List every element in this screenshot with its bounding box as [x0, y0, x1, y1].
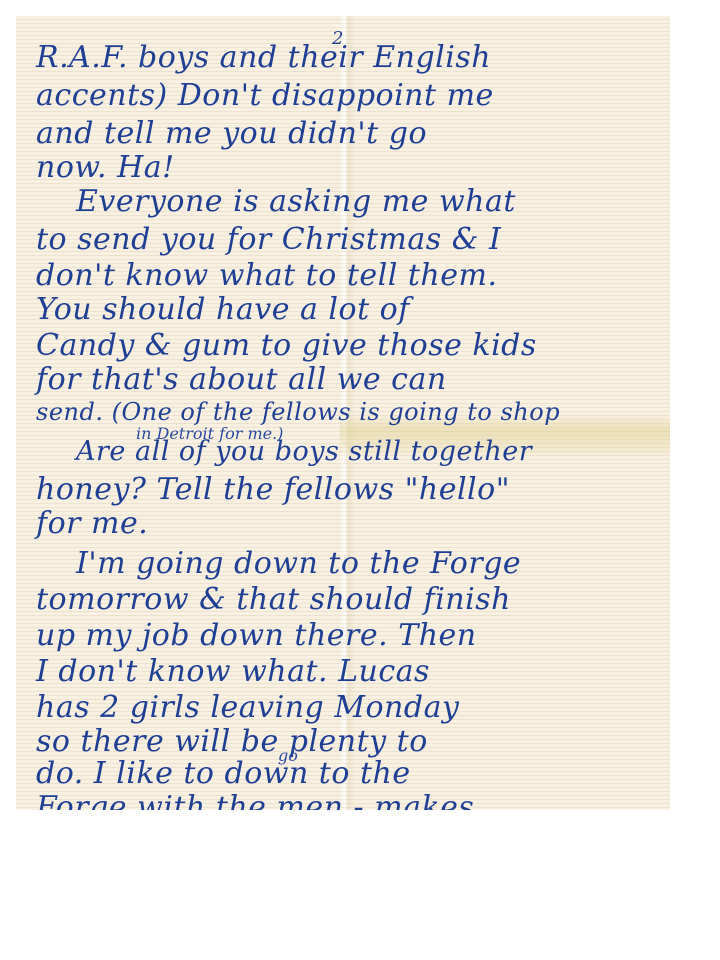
letter-line: honey? Tell the fellows "hello" [36, 472, 510, 507]
letter-line: Candy & gum to give those kids [36, 328, 537, 363]
letter-line: You should have a lot of [36, 292, 410, 327]
letter-line: to send you for Christmas & I [36, 222, 501, 257]
letter-line: up my job down there. Then [36, 618, 477, 653]
letter-line: send. (One of the fellows is going to sh… [36, 398, 560, 426]
letter-line: for me. [36, 506, 148, 541]
letter-line: do. I like to down to the [36, 756, 411, 791]
letter-line: has 2 girls leaving Monday [36, 690, 459, 725]
letter-line: accents) Don't disappoint me [36, 78, 494, 113]
letter-line: and tell me you didn't go [36, 116, 427, 151]
letter-line: don't know what to tell them. [36, 258, 497, 293]
letter-line: for that's about all we can [36, 362, 447, 397]
letter-line: so there will be plenty to [36, 724, 428, 759]
letter-line: Forge with the men - makes [36, 790, 474, 810]
letter-line: tomorrow & that should finish [36, 582, 511, 617]
letter-page: 2 R.A.F. boys and their English accents)… [16, 16, 670, 810]
letter-line: Are all of you boys still together [76, 436, 532, 467]
letter-line: Everyone is asking me what [76, 184, 516, 219]
letter-line: I don't know what. Lucas [36, 654, 430, 689]
letter-line: I'm going down to the Forge [76, 546, 521, 581]
letter-line: now. Ha! [36, 150, 175, 185]
letter-line: R.A.F. boys and their English [36, 40, 491, 75]
